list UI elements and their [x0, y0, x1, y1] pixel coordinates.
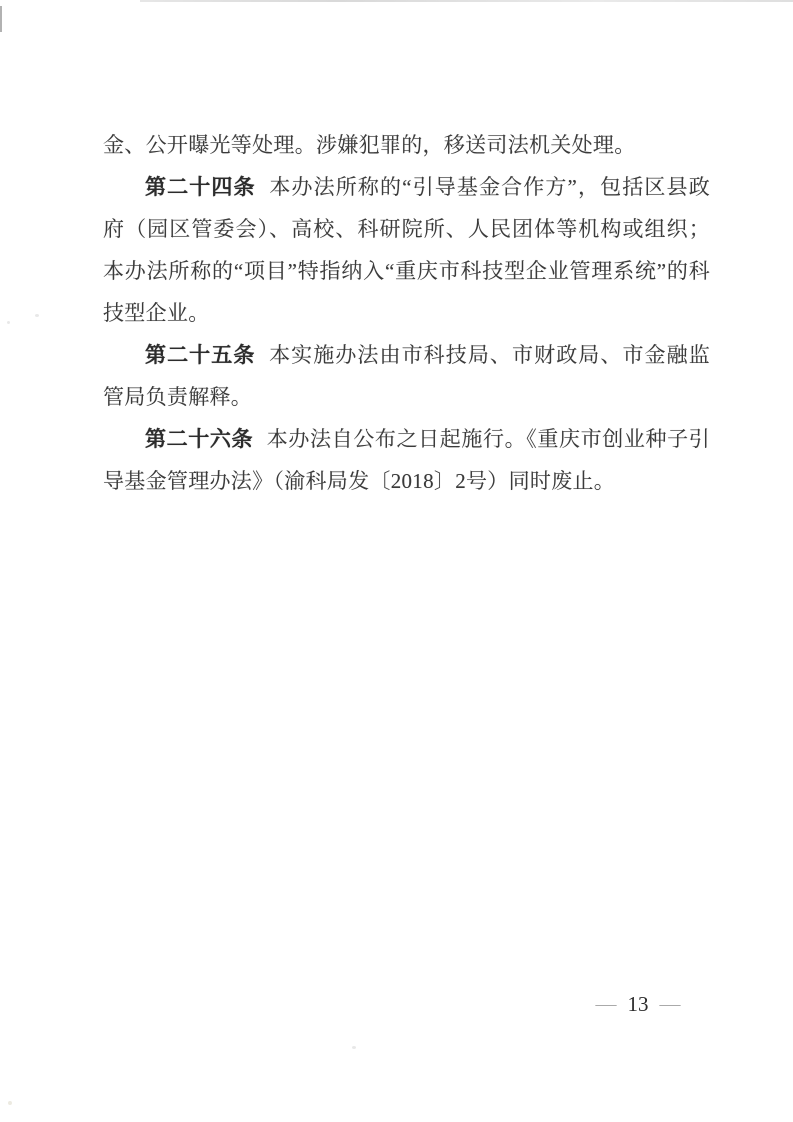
document-body: 金、公开曝光等处理。涉嫌犯罪的，移送司法机关处理。 第二十四条本办法所称的“引导… [103, 124, 710, 502]
article-number: 第二十五条 [145, 343, 255, 367]
paragraph-article-25: 第二十五条本实施办法由市科技局、市财政局、市金融监管局负责解释。 [103, 334, 710, 418]
scan-edge-artifact [0, 6, 2, 32]
scan-speck [8, 1101, 12, 1105]
scan-edge-artifact [140, 0, 793, 2]
paragraph-text: 金、公开曝光等处理。涉嫌犯罪的，移送司法机关处理。 [103, 133, 636, 157]
article-number: 第二十六条 [145, 427, 253, 451]
scan-speck [352, 1046, 356, 1049]
page-number-dash-right: — [660, 995, 681, 1014]
scan-speck [35, 314, 39, 317]
article-number: 第二十四条 [145, 175, 256, 199]
paragraph-continuation: 金、公开曝光等处理。涉嫌犯罪的，移送司法机关处理。 [103, 124, 710, 166]
page-number-value: 13 [628, 992, 649, 1017]
page-number: — 13 — [577, 989, 699, 1019]
scan-speck [7, 321, 10, 324]
paragraph-article-26: 第二十六条本办法自公布之日起施行。《重庆市创业种子引导基金管理办法》（渝科局发〔… [103, 418, 710, 502]
paragraph-article-24: 第二十四条本办法所称的“引导基金合作方”，包括区县政府（园区管委会）、高校、科研… [103, 166, 710, 334]
page-number-dash-left: — [596, 995, 617, 1014]
